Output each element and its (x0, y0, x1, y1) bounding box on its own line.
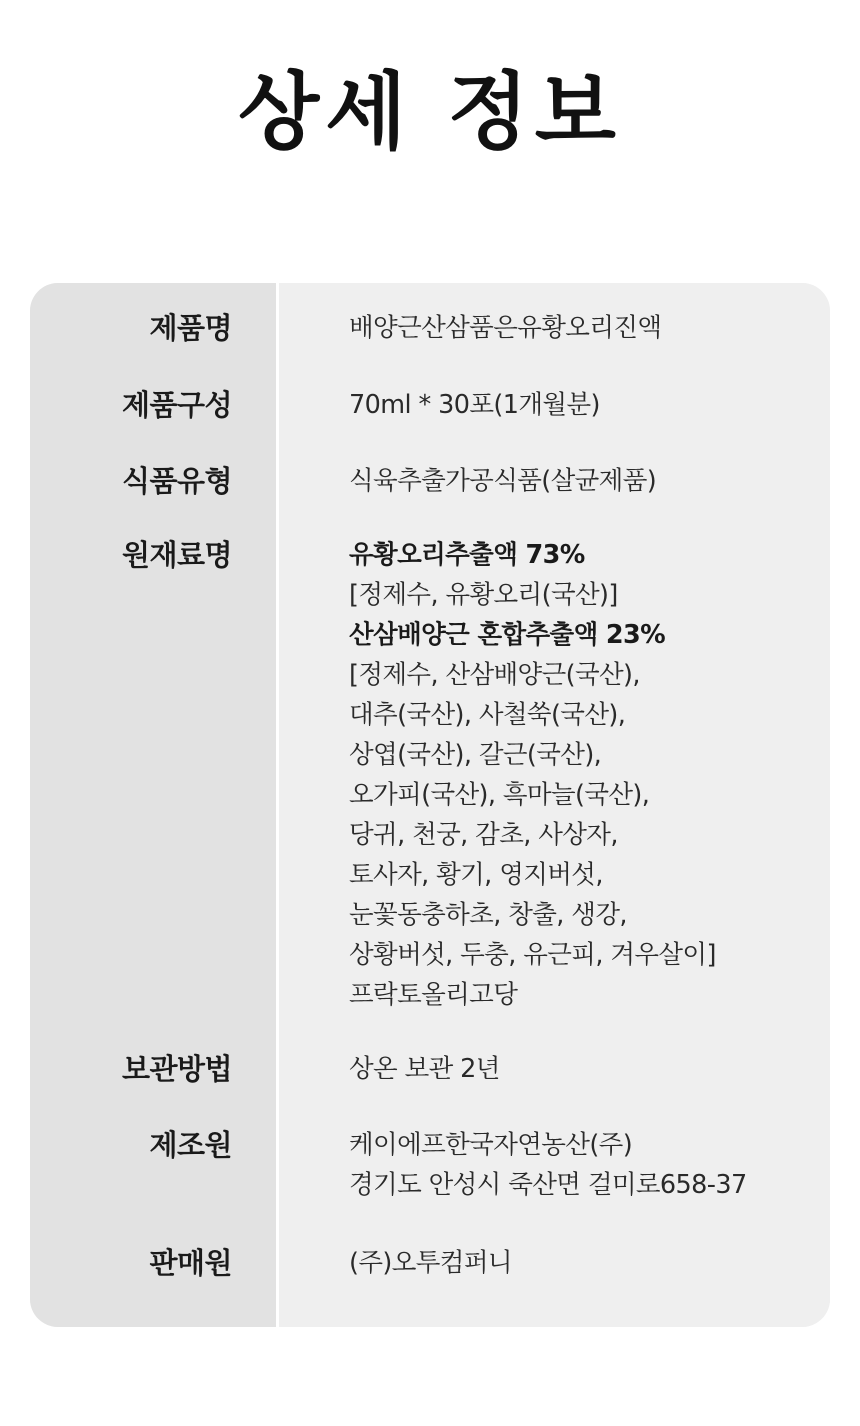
label-manufacturer: 제조원 (149, 1125, 232, 1165)
ingredient-line: 상엽(국산), 갈근(국산), (349, 735, 716, 775)
value-column: 배양근산삼품은유황오리진액 70ml * 30포(1개월분) 식육추출가공식품(… (279, 283, 830, 1327)
label-seller: 판매원 (149, 1243, 232, 1283)
value-product-composition: 70ml * 30포(1개월분) (349, 385, 600, 425)
product-info-table: 제품명 제품구성 식품유형 원재료명 보관방법 제조원 판매원 배양근산삼품은유… (30, 283, 830, 1327)
value-line: 상온 보관 2년 (349, 1049, 500, 1089)
manufacturer-name: 케이에프한국자연농산(주) (349, 1125, 747, 1165)
value-line: 70ml * 30포(1개월분) (349, 385, 600, 425)
page-title: 상세 정보 (0, 62, 860, 162)
label-product-name: 제품명 (149, 308, 232, 348)
ingredient-line: [정제수, 유황오리(국산)] (349, 575, 716, 615)
label-ingredients: 원재료명 (122, 535, 232, 575)
value-seller: (주)오투컴퍼니 (349, 1243, 512, 1283)
ingredient-line: 눈꽃동충하초, 창출, 생강, (349, 895, 716, 935)
ingredient-line: 당귀, 천궁, 감초, 사상자, (349, 815, 716, 855)
ingredient-line: 토사자, 황기, 영지버섯, (349, 855, 716, 895)
label-food-type: 식품유형 (122, 461, 232, 501)
value-manufacturer: 케이에프한국자연농산(주) 경기도 안성시 죽산면 걸미로658-37 (349, 1125, 747, 1205)
label-column: 제품명 제품구성 식품유형 원재료명 보관방법 제조원 판매원 (30, 283, 276, 1327)
ingredient-heading: 유황오리추출액 73% (349, 535, 716, 575)
ingredient-line: 오가피(국산), 흑마늘(국산), (349, 775, 716, 815)
value-product-name: 배양근산삼품은유황오리진액 (349, 308, 661, 348)
ingredient-line: [정제수, 산삼배양근(국산), (349, 655, 716, 695)
ingredient-line: 대추(국산), 사철쑥(국산), (349, 695, 716, 735)
value-storage: 상온 보관 2년 (349, 1049, 500, 1089)
value-line: 식육추출가공식품(살균제품) (349, 461, 656, 501)
label-storage: 보관방법 (122, 1049, 232, 1089)
value-line: 배양근산삼품은유황오리진액 (349, 308, 661, 348)
value-ingredients: 유황오리추출액 73% [정제수, 유황오리(국산)] 산삼배양근 혼합추출액 … (349, 535, 716, 1015)
ingredient-line: 상황버섯, 두충, 유근피, 겨우살이] (349, 935, 716, 975)
value-line: (주)오투컴퍼니 (349, 1243, 512, 1283)
ingredient-heading: 산삼배양근 혼합추출액 23% (349, 615, 716, 655)
ingredient-line: 프락토올리고당 (349, 975, 716, 1015)
manufacturer-address: 경기도 안성시 죽산면 걸미로658-37 (349, 1165, 747, 1205)
label-product-composition: 제품구성 (122, 385, 232, 425)
value-food-type: 식육추출가공식품(살균제품) (349, 461, 656, 501)
